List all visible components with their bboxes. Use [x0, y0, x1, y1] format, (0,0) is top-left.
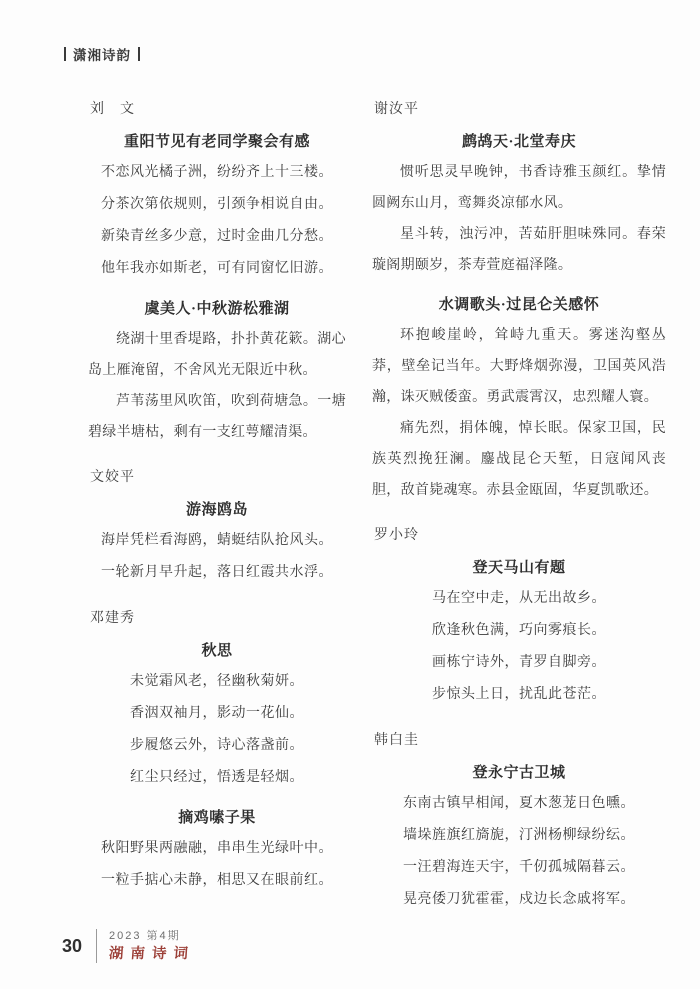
footer-divider — [96, 929, 97, 963]
poem-column-left: 刘 文重阳节见有老同学聚会有感不恋风光橘子洲，纷纷齐上十三楼。分茶次第依规则，引… — [88, 90, 346, 920]
verse-line: 秋阳野果两融融，串串生光绿叶中。 — [88, 833, 346, 865]
verse-line: 分茶次第依规则，引颈争相说自由。 — [88, 189, 346, 221]
poem-title: 虞美人·中秋游松雅湖 — [88, 297, 346, 318]
verse-line: 一轮新月早升起，落日红霞共水浮。 — [88, 557, 346, 589]
verse-line: 不恋风光橘子洲，纷纷齐上十三楼。 — [88, 157, 346, 189]
poem-prose: 惯听思灵早晚钟，书香诗雅玉颜红。挚情圆阙东山月，鸾舞炎凉郁水风。星斗转，浊污冲，… — [372, 157, 666, 281]
poet-name: 文姣平 — [90, 466, 346, 486]
prose-paragraph: 环抱峻崖岭，耸峙九重天。雾迷沟壑丛莽，壁垒记当年。大野烽烟弥漫，卫国英风浩瀚，诛… — [372, 320, 666, 413]
poem-title: 摘鸡嗉子果 — [88, 806, 346, 827]
poet-name: 罗小玲 — [374, 524, 666, 544]
poem-title: 鹧鸪天·北堂寿庆 — [372, 130, 666, 151]
poet-name: 刘 文 — [90, 98, 346, 118]
verse-line: 未觉霜风老，径幽秋菊妍。 — [88, 666, 346, 698]
verse-line: 新染青丝多少意，过时金曲几分愁。 — [88, 221, 346, 253]
poem-verse: 秋阳野果两融融，串串生光绿叶中。一粒手掂心未静，相思又在眼前红。 — [88, 833, 346, 897]
page-footer: 30 2023 第4期 湖南诗词 — [62, 929, 195, 963]
poet-name: 谢汝平 — [374, 98, 666, 118]
poem-verse: 马在空中走，从无出故乡。欣逢秋色满，巧向雾痕长。画栋宁诗外，青罗自脚旁。步惊头上… — [372, 583, 666, 711]
verse-line: 海岸凭栏看海鸥，蜻蜓结队抢风头。 — [88, 525, 346, 557]
poem-title: 重阳节见有老同学聚会有感 — [88, 130, 346, 151]
verse-line: 一粒手掂心未静，相思又在眼前红。 — [88, 865, 346, 897]
poem-verse: 不恋风光橘子洲，纷纷齐上十三楼。分茶次第依规则，引颈争相说自由。新染青丝多少意，… — [88, 157, 346, 285]
verse-line: 一汪碧海连天宇，千仞孤城隔暮云。 — [372, 852, 666, 884]
poem-title: 水调歌头·过昆仑关感怀 — [372, 293, 666, 314]
poem-title: 游海鸥岛 — [88, 498, 346, 519]
verse-line: 红尘只经过，悟透是轻烟。 — [88, 762, 346, 794]
verse-line: 香洇双袖月，影动一花仙。 — [88, 698, 346, 730]
verse-line: 步惊头上日，扰乱此苍茫。 — [372, 679, 666, 711]
journal-name: 湖南诗词 — [108, 944, 195, 963]
verse-line: 东南古镇早相闻，夏木葱茏日色曛。 — [372, 788, 666, 820]
prose-paragraph: 星斗转，浊污冲，苦茹肝胆味殊同。春荣璇阁期颐岁，茶寿萱庭福泽隆。 — [372, 219, 666, 281]
prose-paragraph: 芦苇荡里风吹笛，吹到荷塘急。一塘碧绿半塘枯，剩有一支红萼耀清渠。 — [88, 386, 346, 448]
poem-title: 秋思 — [88, 639, 346, 660]
verse-line: 欣逢秋色满，巧向雾痕长。 — [372, 615, 666, 647]
verse-line: 马在空中走，从无出故乡。 — [372, 583, 666, 615]
poem-verse: 未觉霜风老，径幽秋菊妍。香洇双袖月，影动一花仙。步履悠云外，诗心落盏前。红尘只经… — [88, 666, 346, 794]
poet-name: 邓建秀 — [90, 607, 346, 627]
poet-name: 韩白圭 — [374, 729, 666, 749]
poem-title: 登天马山有题 — [372, 556, 666, 577]
poem-verse: 东南古镇早相闻，夏木葱茏日色曛。墙垛旌旗红旖旎，汀洲杨柳绿纷纭。一汪碧海连天宇，… — [372, 788, 666, 916]
footer-text: 2023 第4期 湖南诗词 — [109, 929, 195, 963]
poem-verse: 海岸凭栏看海鸥，蜻蜓结队抢风头。一轮新月早升起，落日红霞共水浮。 — [88, 525, 346, 589]
verse-line: 晃亮倭刀犹霍霍，戍边长念戚将军。 — [372, 884, 666, 916]
issue-info: 2023 第4期 — [109, 929, 195, 944]
header-bar-left — [64, 47, 66, 61]
poem-title: 登永宁古卫城 — [372, 761, 666, 782]
section-title: 潇湘诗韵 — [73, 44, 131, 64]
poem-columns: 刘 文重阳节见有老同学聚会有感不恋风光橘子洲，纷纷齐上十三楼。分茶次第依规则，引… — [88, 90, 666, 920]
prose-paragraph: 痛先烈，捐体魄，悼长眠。保家卫国，民族英烈挽狂澜。鏖战昆仑天堑，日寇闻风丧胆，敌… — [372, 413, 666, 506]
poem-column-right: 谢汝平鹧鸪天·北堂寿庆惯听思灵早晚钟，书香诗雅玉颜红。挚情圆阙东山月，鸾舞炎凉郁… — [372, 90, 666, 920]
prose-paragraph: 惯听思灵早晚钟，书香诗雅玉颜红。挚情圆阙东山月，鸾舞炎凉郁水风。 — [372, 157, 666, 219]
magazine-page: 潇湘诗韵 刘 文重阳节见有老同学聚会有感不恋风光橘子洲，纷纷齐上十三楼。分茶次第… — [0, 0, 700, 989]
verse-line: 墙垛旌旗红旖旎，汀洲杨柳绿纷纭。 — [372, 820, 666, 852]
page-number: 30 — [62, 936, 82, 957]
verse-line: 步履悠云外，诗心落盏前。 — [88, 730, 346, 762]
prose-paragraph: 绕湖十里香堤路，扑扑黄花簌。湖心岛上雁淹留，不舍风光无限近中秋。 — [88, 324, 346, 386]
poem-prose: 绕湖十里香堤路，扑扑黄花簌。湖心岛上雁淹留，不舍风光无限近中秋。芦苇荡里风吹笛，… — [88, 324, 346, 448]
verse-line: 他年我亦如斯老，可有同窗忆旧游。 — [88, 253, 346, 285]
poem-prose: 环抱峻崖岭，耸峙九重天。雾迷沟壑丛莽，壁垒记当年。大野烽烟弥漫，卫国英风浩瀚，诛… — [372, 320, 666, 506]
verse-line: 画栋宁诗外，青罗自脚旁。 — [372, 647, 666, 679]
header-bar-right — [138, 47, 140, 61]
section-header: 潇湘诗韵 — [64, 44, 140, 64]
